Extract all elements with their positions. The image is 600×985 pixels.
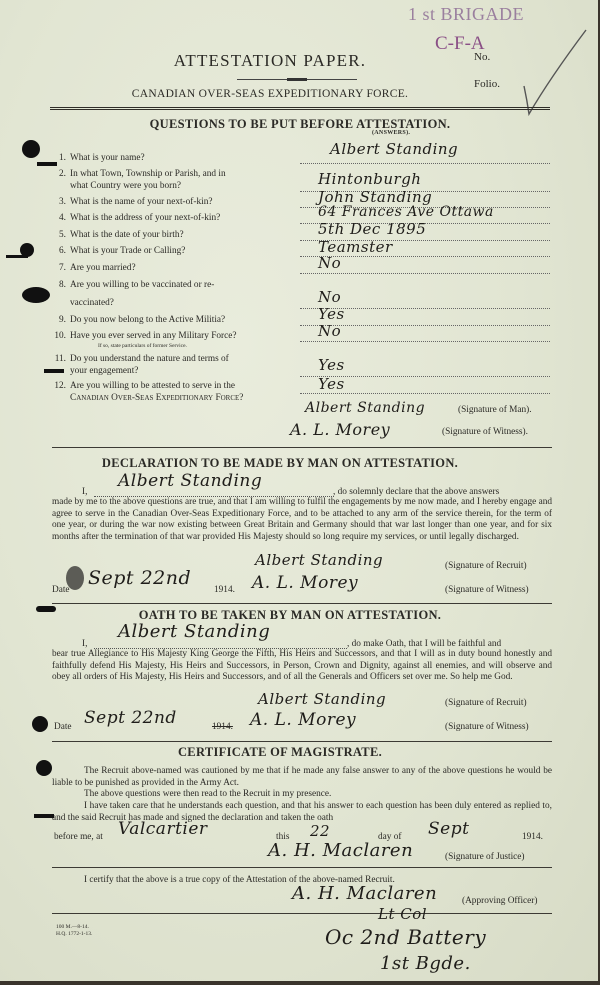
header-rule xyxy=(50,107,550,110)
magistrate-signature-justice: A. H. Maclaren xyxy=(268,840,413,861)
declaration-heading: DECLARATION TO BE MADE BY MAN ON ATTESTA… xyxy=(0,456,580,471)
folio-label: Folio. xyxy=(474,78,500,90)
certification-unit-note-line2: 1st Bgde. xyxy=(380,953,471,974)
question-7: 7.Are you married? xyxy=(52,263,136,273)
magistrate-signature-justice-label: (Signature of Justice) xyxy=(445,852,525,862)
signature-witness-questions: A. L. Morey xyxy=(290,420,390,439)
oath-signature-witness: A. L. Morey xyxy=(250,710,356,730)
oath-name: Albert Standing xyxy=(118,621,270,642)
certification-unit-note-line1: Oc 2nd Battery xyxy=(325,925,486,949)
oath-text-lead: , do make Oath, that I will be faithful … xyxy=(347,639,501,649)
declaration-date-label: Date xyxy=(52,585,70,595)
oath-signature-witness-label: (Signature of Witness) xyxy=(445,722,529,732)
oath-date-label: Date xyxy=(54,722,72,732)
magistrate-month: Sept xyxy=(428,819,469,839)
declaration-signature-witness: A. L. Morey xyxy=(252,573,358,593)
print-code-line2: H.Q. 1772-1-13. xyxy=(56,931,92,937)
section-divider xyxy=(52,447,552,448)
question-6: 6.What is your Trade or Calling? xyxy=(52,246,185,256)
punch-hole-blot xyxy=(22,140,40,158)
thumbprint-smudge xyxy=(66,566,84,590)
declaration-signature-witness-label: (Signature of Witness) xyxy=(445,585,529,595)
question-9: 9.Do you now belong to the Active Militi… xyxy=(52,315,225,325)
answer-10: No xyxy=(318,322,341,340)
declaration-date-value: Sept 22nd xyxy=(88,567,191,589)
certification-rank-note: Lt Col xyxy=(378,905,427,923)
question-12-line2: Canadian Over-Seas Expeditionary Force? xyxy=(70,393,243,403)
section-divider xyxy=(52,741,552,742)
magistrate-para-1: The Recruit above-named was cautioned by… xyxy=(52,766,552,789)
question-2-line2: what Country were you born? xyxy=(70,181,181,191)
attestation-paper: 1 st BRIGADE C-F-A ATTESTATION PAPER. CA… xyxy=(0,0,600,985)
declaration-prefix: I, xyxy=(82,487,87,497)
title-divider-accent xyxy=(287,78,307,81)
oath-signature-recruit: Albert Standing xyxy=(258,690,386,708)
answer-line-1 xyxy=(300,163,550,164)
ink-mark xyxy=(37,162,57,166)
question-1: 1.What is your name? xyxy=(52,153,145,163)
certification-signature-officer-label: (Approving Officer) xyxy=(462,896,537,906)
question-5: 5.What is the date of your birth? xyxy=(52,230,184,240)
declaration-signature-recruit-label: (Signature of Recruit) xyxy=(445,561,527,571)
section-divider xyxy=(52,913,552,914)
ink-mark xyxy=(6,255,28,258)
questions-heading: QUESTIONS TO BE PUT BEFORE ATTESTATION. xyxy=(0,117,600,132)
signature-witness-label-questions: (Signature of Witness). xyxy=(442,427,528,437)
oath-date-value: Sept 22nd xyxy=(84,708,177,728)
declaration-body: made by me to the above questions are tr… xyxy=(52,497,552,543)
signature-man: Albert Standing xyxy=(305,400,425,416)
section-divider xyxy=(52,867,552,868)
checkmark-icon xyxy=(520,28,590,118)
brigade-stamp: 1 st BRIGADE xyxy=(408,4,524,25)
oath-signature-recruit-label: (Signature of Recruit) xyxy=(445,698,527,708)
declaration-text-lead: , do solemnly declare that the above ans… xyxy=(333,487,499,497)
answer-7: No xyxy=(318,254,341,272)
answers-heading: (ANSWERS). xyxy=(372,130,410,136)
answer-11: Yes xyxy=(318,356,345,374)
question-11-line2: your engagement? xyxy=(70,366,138,376)
page-subtitle: CANADIAN OVER-SEAS EXPEDITIONARY FORCE. xyxy=(0,88,540,100)
magistrate-year: 1914. xyxy=(522,832,543,842)
answer-1: Albert Standing xyxy=(330,140,458,158)
ink-mark xyxy=(36,606,56,612)
magistrate-day: 22 xyxy=(310,822,330,840)
magistrate-before-me-label: before me, at xyxy=(54,832,103,842)
answer-4: 64 Frances Ave Ottawa xyxy=(318,204,494,220)
declaration-year: 1914. xyxy=(214,585,235,595)
answer-line-10 xyxy=(300,341,550,342)
punch-hole-blot xyxy=(36,760,52,776)
punch-hole-blot xyxy=(32,716,48,732)
punch-hole-blot xyxy=(22,287,50,303)
page-title: ATTESTATION PAPER. xyxy=(0,51,540,71)
question-4: 4.What is the address of your next-of-ki… xyxy=(52,213,220,223)
oath-heading: OATH TO BE TAKEN BY MAN ON ATTESTATION. xyxy=(0,608,590,623)
declaration-signature-recruit: Albert Standing xyxy=(255,551,383,569)
answer-12: Yes xyxy=(318,375,345,393)
signature-man-label: (Signature of Man). xyxy=(458,405,532,415)
answer-line-7 xyxy=(300,273,550,274)
question-10-note: If so, state particulars of former Servi… xyxy=(98,343,187,349)
answer-8: No xyxy=(318,288,341,306)
question-8: 8.Are you willing to be vaccinated or re… xyxy=(52,280,214,290)
answer-2: Hintonburgh xyxy=(318,170,421,188)
question-11: 11.Do you understand the nature and term… xyxy=(52,354,229,364)
section-divider xyxy=(52,603,552,604)
answer-5: 5th Dec 1895 xyxy=(318,220,426,238)
answer-line-12 xyxy=(300,393,550,394)
declaration-name: Albert Standing xyxy=(118,471,262,491)
answer-9: Yes xyxy=(318,305,345,323)
magistrate-place: Valcartier xyxy=(118,819,208,839)
oath-prefix: I, xyxy=(82,639,87,649)
question-8-line2: vaccinated? xyxy=(70,298,114,308)
magistrate-heading: CERTIFICATE OF MAGISTRATE. xyxy=(0,745,580,760)
question-2: 2.In what Town, Township or Parish, and … xyxy=(52,169,226,179)
print-code-line1: 100 M.—8-14. xyxy=(56,924,89,930)
magistrate-para-2: The above questions were then read to th… xyxy=(84,789,544,801)
question-3: 3.What is the name of your next-of-kin? xyxy=(52,197,213,207)
number-label: No. xyxy=(474,51,490,63)
ink-mark xyxy=(34,814,54,818)
oath-body: bear true Allegiance to His Majesty King… xyxy=(52,649,552,684)
ink-mark xyxy=(44,369,64,373)
certification-signature-officer: A. H. Maclaren xyxy=(292,883,437,904)
oath-year: 1914. xyxy=(212,722,233,732)
question-10: 10.Have you ever served in any Military … xyxy=(52,331,237,341)
question-12: 12.Are you willing to be attested to ser… xyxy=(52,381,235,391)
